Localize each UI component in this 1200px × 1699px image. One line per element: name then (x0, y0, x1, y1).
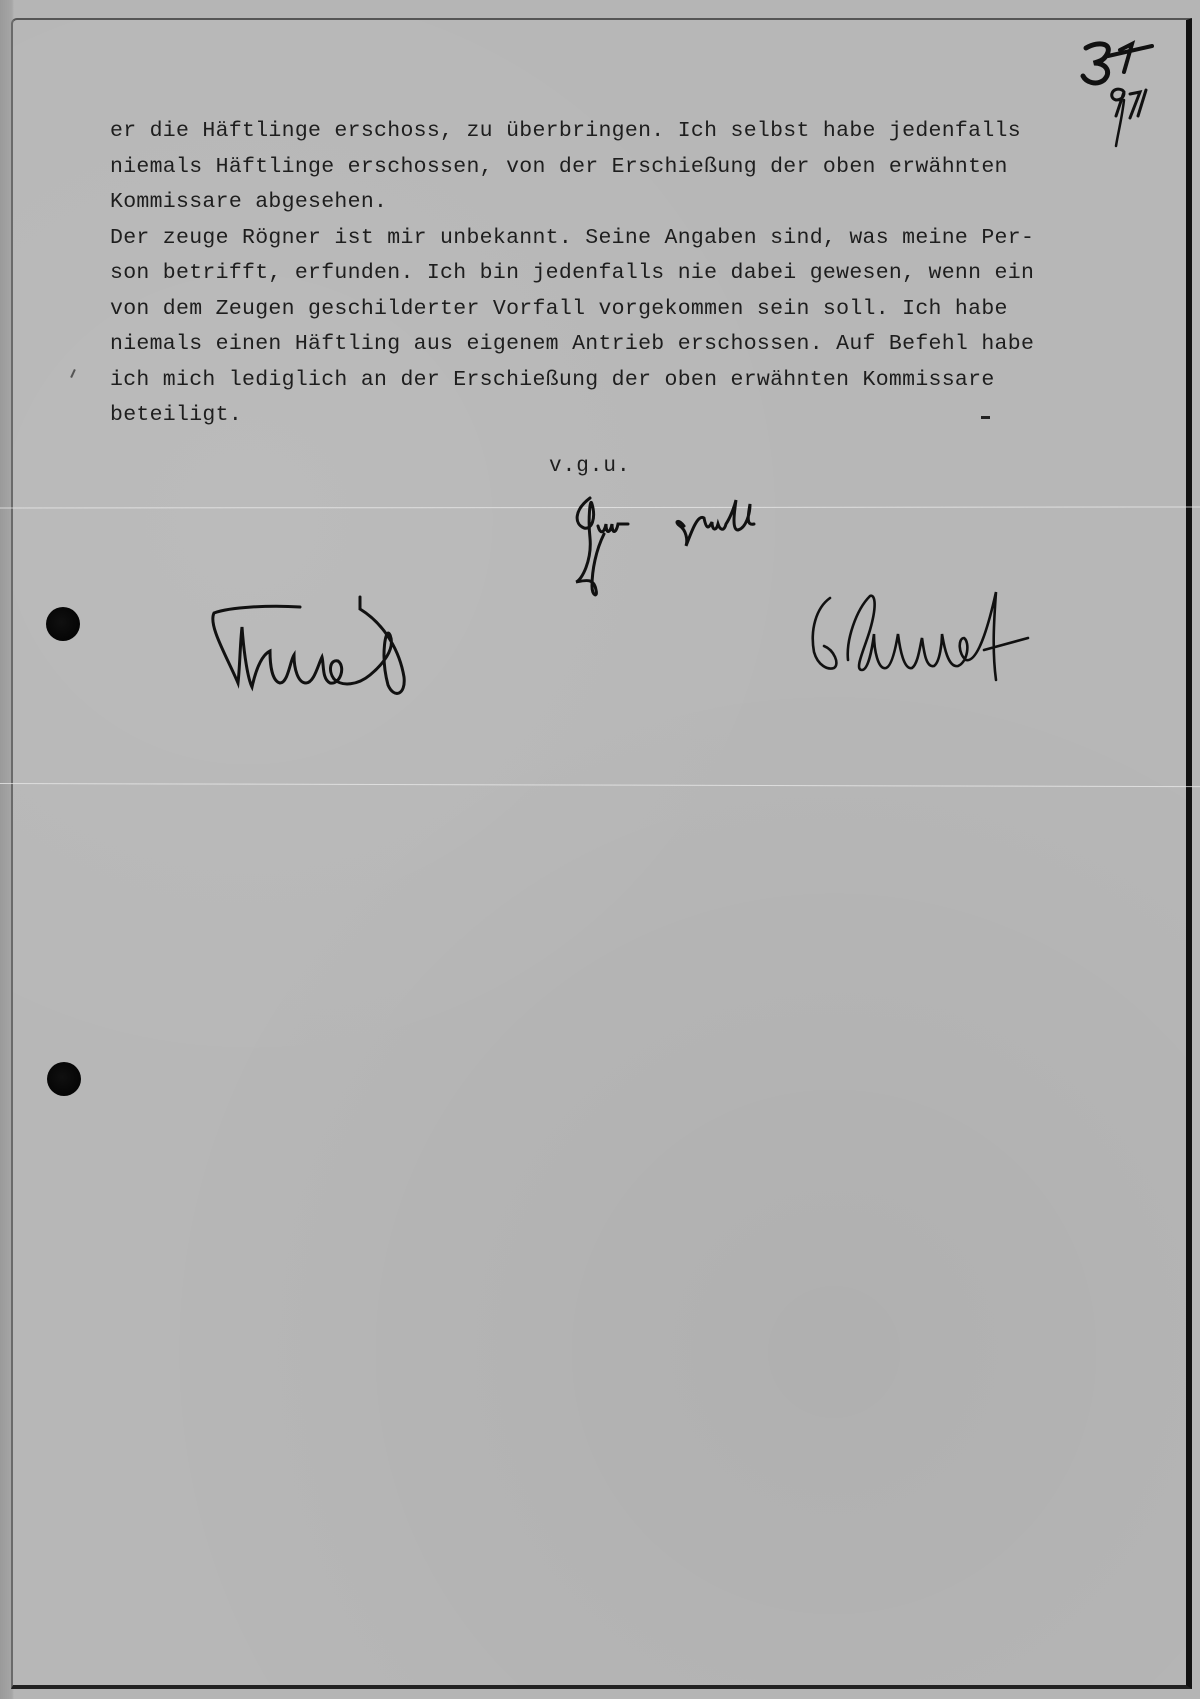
body-line: er die Häftlinge erschoss, zu überbringe… (110, 114, 1150, 150)
body-line: niemals einen Häftling aus eigenem Antri… (110, 327, 1150, 363)
punch-hole (46, 607, 80, 641)
signature-icon (808, 590, 1078, 685)
body-line: von dem Zeugen geschilderter Vorfall vor… (110, 292, 1150, 328)
body-line: niemals Häftlinge erschossen, von der Er… (110, 150, 1150, 186)
punch-hole (47, 1062, 81, 1096)
body-line: son betrifft, erfunden. Ich bin jedenfal… (110, 256, 1150, 292)
closing-vgu: v.g.u. (549, 455, 631, 478)
signature-icon (570, 490, 810, 600)
signature-icon (210, 595, 440, 700)
body-line: ich mich lediglich an der Erschießung de… (110, 363, 1150, 399)
body-line: Der zeuge Rögner ist mir unbekannt. Sein… (110, 221, 1150, 257)
signature-declarant (570, 490, 810, 600)
typewriter-dash-mark (981, 416, 990, 419)
statement-body: er die Häftlinge erschoss, zu überbringe… (110, 114, 1150, 434)
body-line: beteiligt. (110, 398, 1150, 434)
signature-witness-left (210, 595, 440, 700)
signature-witness-right (808, 590, 1078, 685)
body-line: Kommissare abgesehen. (110, 185, 1150, 221)
